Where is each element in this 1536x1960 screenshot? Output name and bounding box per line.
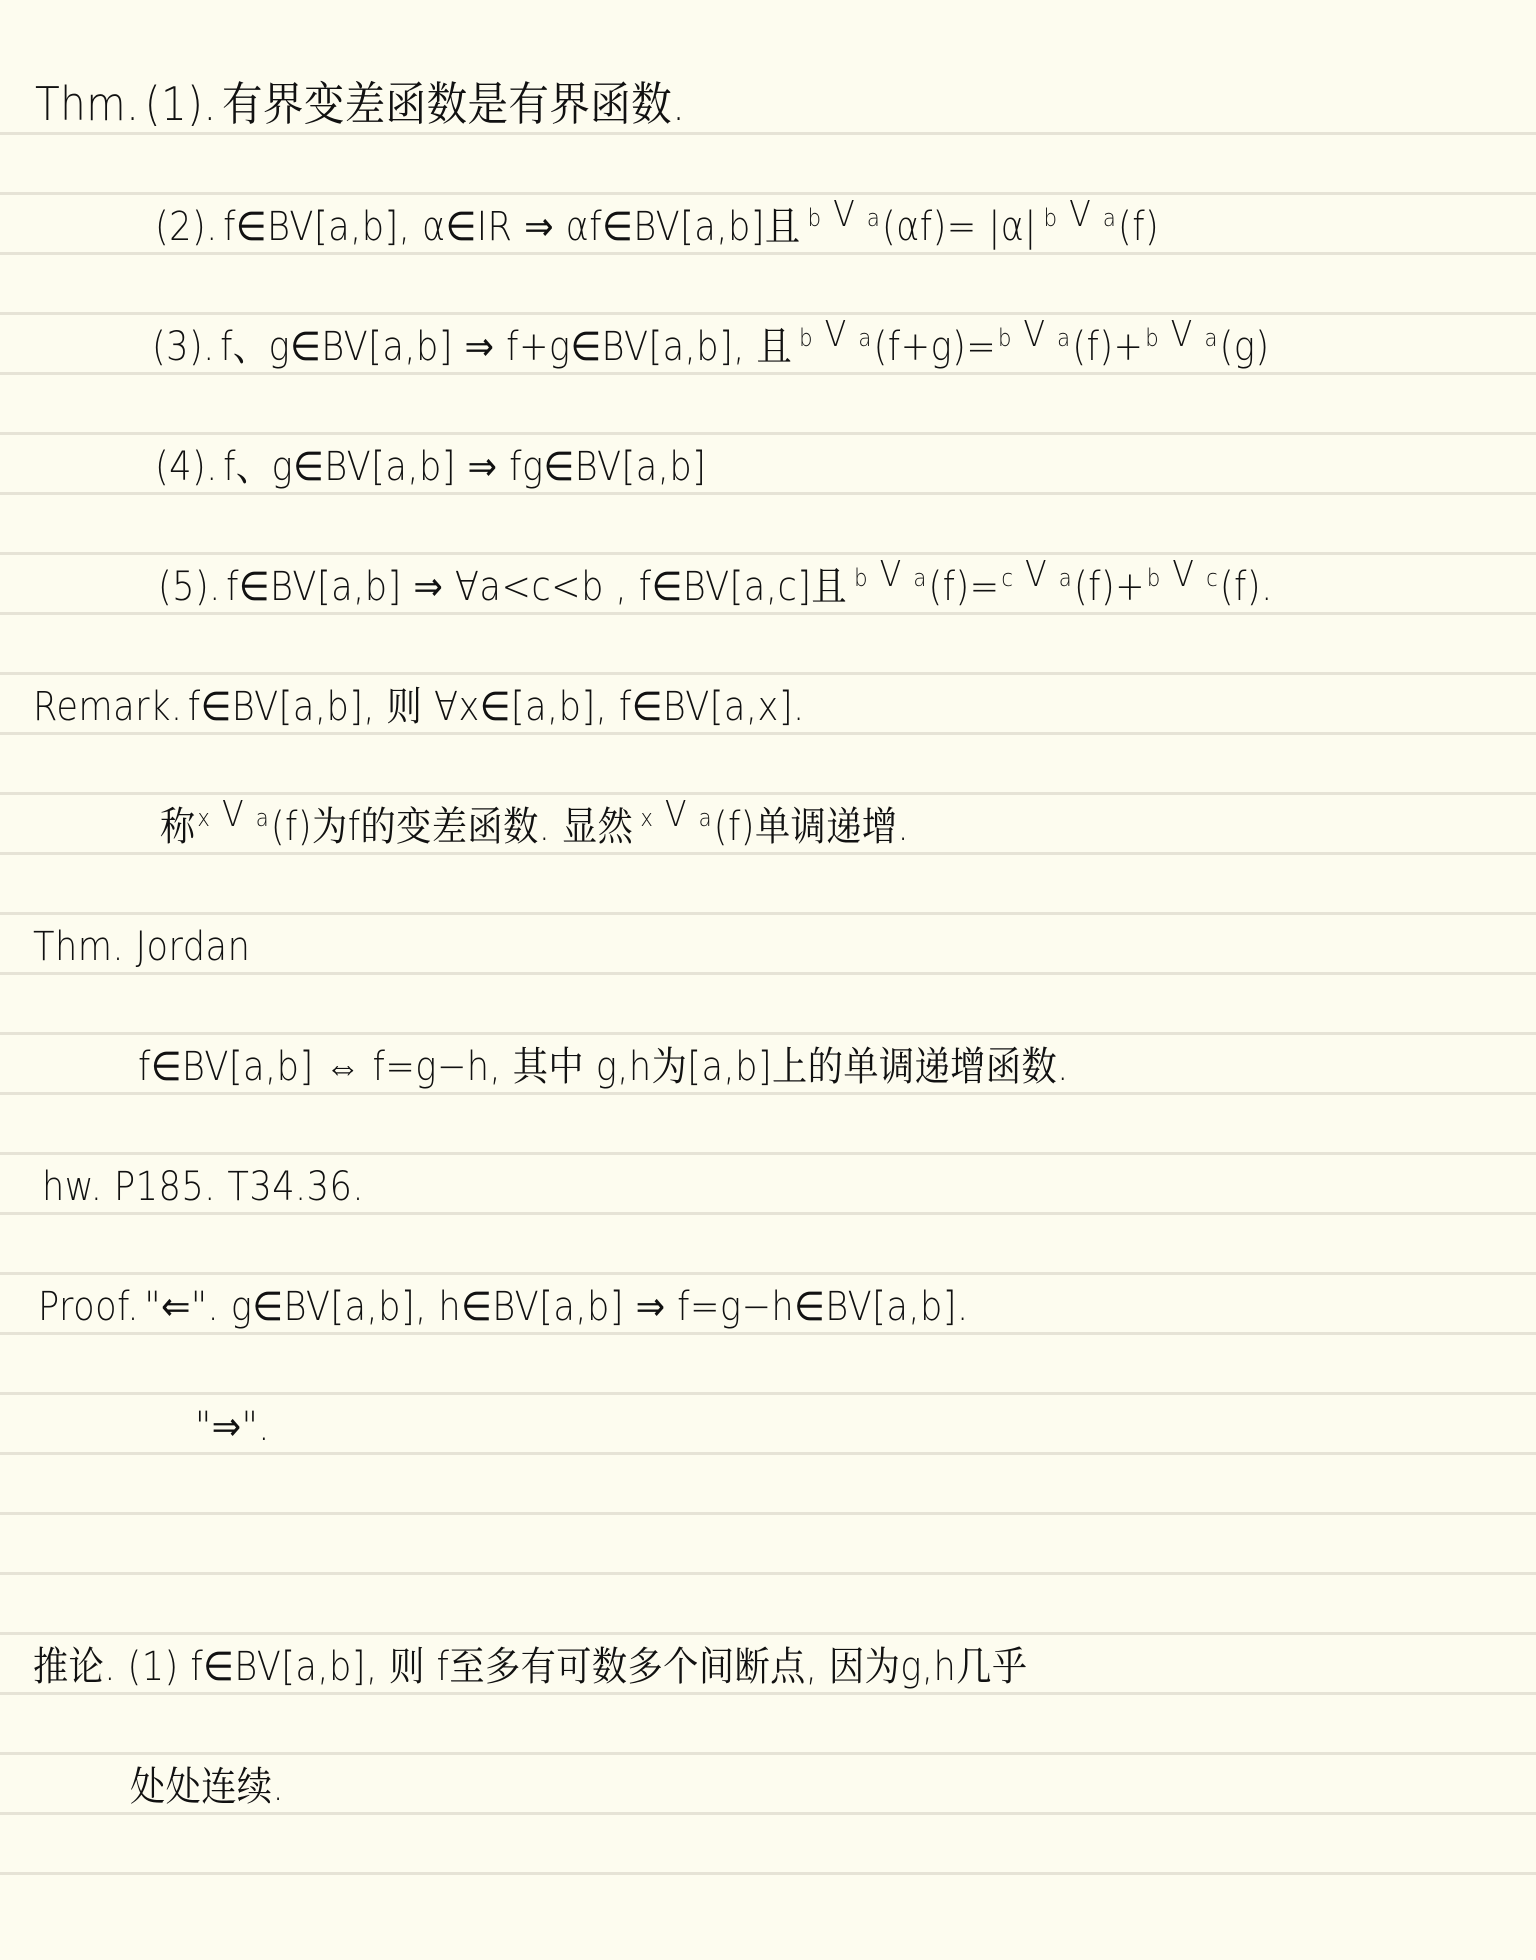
proof-text: "⇐". g∈BV[a,b], h∈BV[a,b] ⇒ f=g−h∈BV[a,b…	[144, 1287, 968, 1333]
proof-line: Proof. "⇐". g∈BV[a,b], h∈BV[a,b] ⇒ f=g−h…	[38, 1273, 969, 1333]
theorem-item-4: (4). f、g∈BV[a,b] ⇒ fg∈BV[a,b]	[155, 433, 706, 493]
variation-symbol: c V a	[1001, 553, 1072, 613]
item-text: (f)	[1074, 567, 1115, 613]
remark-line: Remark. f∈BV[a,b], 则 ∀x∈[a,b], f∈BV[a,x]…	[33, 673, 805, 733]
remark-text: 为f的变差函数. 显然	[312, 807, 633, 853]
theorem-item-3: (3). f、g∈BV[a,b] ⇒ f+g∈BV[a,b], 且 b V a …	[152, 313, 1270, 373]
jordan-theorem-title: Thm. Jordan	[33, 913, 250, 973]
item-number: (4).	[155, 447, 218, 493]
theorem-item-5: (5). f∈BV[a,b] ⇒ ∀a<c<b , f∈BV[a,c]且 b V…	[158, 553, 1273, 613]
theorem-item-2: (2). f∈BV[a,b], α∈IR ⇒ αf∈BV[a,b]且 b V a…	[155, 193, 1159, 253]
homework-line: hw. P185. T34.36.	[42, 1153, 364, 1213]
item-number: (5).	[158, 567, 221, 613]
item-text: 有界变差函数是有界函数.	[222, 81, 685, 133]
item-number: (2).	[155, 207, 218, 253]
remark-text: f∈BV[a,b], 则 ∀x∈[a,b], f∈BV[a,x].	[188, 687, 805, 733]
item-text: = |α|	[947, 207, 1037, 253]
item-number: (3).	[152, 327, 215, 373]
proof-label: Proof.	[38, 1287, 139, 1333]
remark-text: (f)	[271, 807, 312, 853]
jordan-statement: f∈BV[a,b] ⇔ f=g−h, 其中 g,h为[a,b]上的单调递增函数.	[138, 1033, 1069, 1093]
variation-symbol: b V a	[799, 313, 872, 373]
proof-text: "⇒".	[195, 1407, 270, 1453]
proof-line-2: "⇒".	[195, 1393, 270, 1453]
remark-text: 称	[160, 807, 196, 853]
item-text: f∈BV[a,b], α∈IR ⇒ αf∈BV[a,b]且	[223, 207, 800, 253]
item-text: =	[970, 567, 1000, 613]
corollary-line-2: 处处连续.	[130, 1753, 284, 1813]
remark-label: Remark.	[33, 687, 183, 733]
theorem-label: Thm.	[35, 81, 139, 133]
item-text: .	[1261, 567, 1273, 613]
corollary-line: 推论. (1) f∈BV[a,b], 则 f至多有可数多个间断点, 因为g,h几…	[33, 1633, 1027, 1693]
remark-line-2: 称 x V a (f) 为f的变差函数. 显然 x V a (f) 单调递增.	[160, 793, 909, 853]
item-text: (f)	[1220, 567, 1261, 613]
item-text: (f+g)	[874, 327, 967, 373]
theorem-1-line: Thm. (1). 有界变差函数是有界函数.	[35, 73, 685, 133]
item-text: +	[1114, 327, 1144, 373]
variation-symbol: x V a	[640, 793, 712, 853]
variation-symbol: b V a	[808, 193, 881, 253]
remark-text: 单调递增.	[755, 807, 909, 853]
rule-line	[0, 1572, 1536, 1575]
rule-line	[0, 1872, 1536, 1875]
item-text: =	[966, 327, 996, 373]
rule-line	[0, 1512, 1536, 1515]
corollary-text: 处处连续.	[130, 1767, 284, 1813]
jordan-text: f∈BV[a,b] ⇔ f=g−h, 其中 g,h为[a,b]上的单调递增函数.	[138, 1047, 1069, 1093]
variation-symbol: x V a	[197, 793, 269, 853]
item-number: (1).	[145, 81, 217, 133]
jordan-label: Thm. Jordan	[33, 927, 250, 973]
item-text: (αf)	[882, 207, 947, 253]
corollary-text: 推论. (1) f∈BV[a,b], 则 f至多有可数多个间断点, 因为g,h几…	[33, 1647, 1027, 1693]
variation-symbol: b V a	[1044, 193, 1117, 253]
item-text: f、g∈BV[a,b] ⇒ fg∈BV[a,b]	[223, 447, 706, 493]
item-text: (f)	[928, 567, 969, 613]
variation-symbol: b V c	[1147, 553, 1218, 613]
homework-text: hw. P185. T34.36.	[42, 1167, 364, 1213]
item-text: +	[1115, 567, 1145, 613]
item-text: f、g∈BV[a,b] ⇒ f+g∈BV[a,b], 且	[220, 327, 792, 373]
remark-text: (f)	[714, 807, 755, 853]
variation-symbol: b V a	[998, 313, 1071, 373]
item-text: (f)	[1072, 327, 1113, 373]
item-text: (g)	[1220, 327, 1270, 373]
item-text: f∈BV[a,b] ⇒ ∀a<c<b , f∈BV[a,c]且	[226, 567, 847, 613]
variation-symbol: b V a	[854, 553, 927, 613]
item-text: (f)	[1118, 207, 1159, 253]
variation-symbol: b V a	[1145, 313, 1218, 373]
